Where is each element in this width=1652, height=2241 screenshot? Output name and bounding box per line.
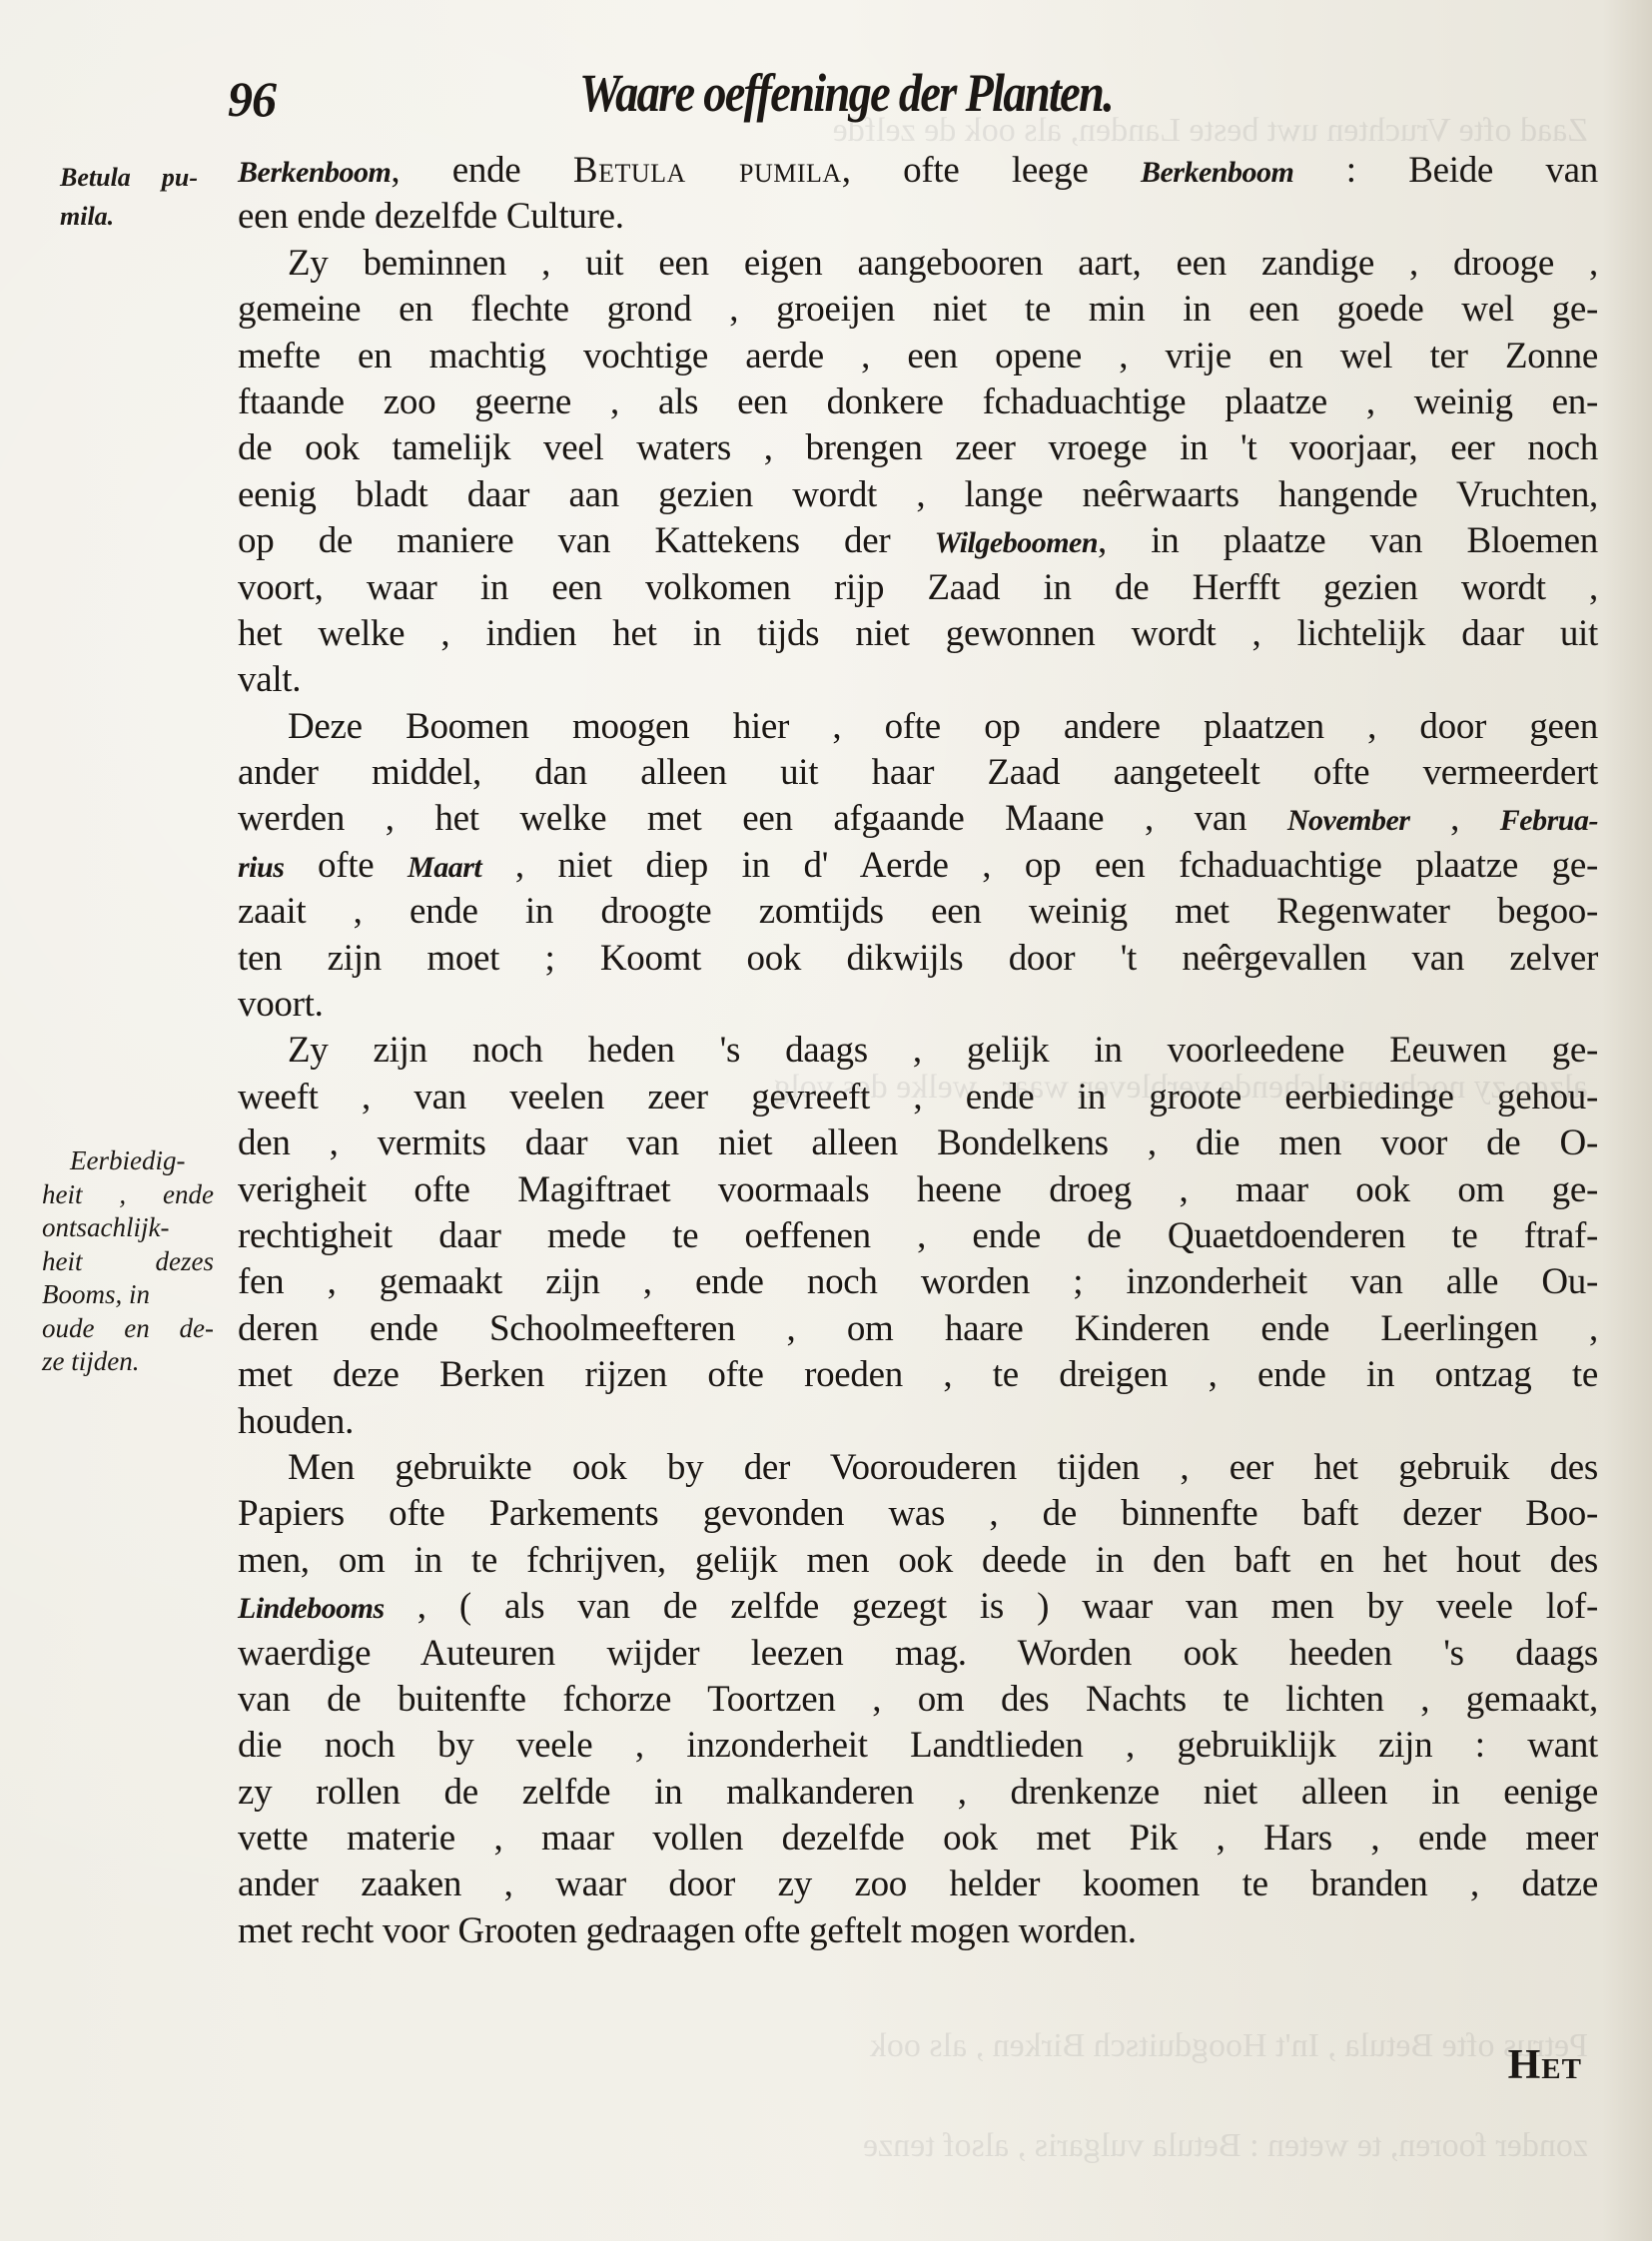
text-line: verigheit ofte Magiftraet voormaals heen… (238, 1167, 1598, 1213)
emphasis: rius (238, 851, 284, 884)
text-span: , ofte leege (842, 150, 1141, 191)
text-line: werden , het welke met een afgaande Maan… (238, 796, 1598, 842)
margin-note-betula-pumila: Betula pu- mila. (60, 158, 198, 236)
margin-note-line: mila. (60, 197, 198, 236)
text-line: waerdige Auteuren wijder leezen mag. Wor… (238, 1631, 1598, 1677)
species-name: Betula pumila (573, 150, 842, 191)
margin-note-line: ze tijden. (42, 1345, 214, 1379)
text-span: werden , het welke met een afgaande Maan… (238, 798, 1287, 839)
text-line: gemeine en flechte grond , groeijen niet… (238, 287, 1598, 333)
text-line: die noch by veele , inzonderheit Landtli… (238, 1723, 1598, 1769)
margin-note-line: Eerbiedig- (42, 1144, 214, 1178)
emphasis: Wilgeboomen (935, 526, 1098, 559)
text-line: ander middel, dan alleen uit haar Zaad a… (238, 750, 1598, 796)
text-line: het welke , indien het in tijds niet gew… (238, 611, 1598, 657)
paragraph-start: Deze Boomen moogen hier , ofte op andere… (238, 704, 1598, 750)
emphasis: Februa- (1500, 804, 1598, 837)
margin-note-line: Booms, in (42, 1278, 214, 1312)
paragraph-start: Zy beminnen , uit een eigen aangebooren … (238, 241, 1598, 287)
text-line: zaait , ende in droogte zomtijds een wei… (238, 889, 1598, 935)
paragraph-start: Zy zijn noch heden 's daags , gelijk in … (238, 1028, 1598, 1074)
text-line: mefte en machtig vochtige aerde , een op… (238, 334, 1598, 379)
text-line: den , vermits daar van niet alleen Bonde… (238, 1120, 1598, 1166)
show-through-text: zonder fooren, te weten : Betula vulgari… (230, 2127, 1588, 2165)
margin-note-line: Betula pu- (60, 158, 198, 197)
text-line: op de maniere van Kattekens der Wilgeboo… (238, 518, 1598, 564)
running-title: Waare oeffeninge der Planten. (579, 62, 1113, 124)
emphasis: Berkenboom (238, 156, 391, 189)
margin-note-line: ontsachlijk- (42, 1211, 214, 1245)
text-line: men, om in te fchrijven, gelijk men ook … (238, 1538, 1598, 1584)
emphasis: Lindebooms (238, 1592, 385, 1625)
text-line: voort. (238, 982, 1598, 1028)
catchword: Het (1508, 2041, 1582, 2089)
text-span: , ende (391, 150, 573, 191)
text-line: met deze Berken rijzen ofte roeden , te … (238, 1352, 1598, 1398)
text-line: voort, waar in een volkomen rijp Zaad in… (238, 565, 1598, 611)
text-line: Berkenboom, ende Betula pumila, ofte lee… (238, 148, 1598, 194)
text-line: met recht voor Grooten gedraagen ofte ge… (238, 1908, 1598, 1954)
text-line: fen , gemaakt zijn , ende noch worden ; … (238, 1259, 1598, 1305)
text-span: , in plaatze van Bloemen (1098, 520, 1598, 561)
text-span: , niet diep in d' Aerde , op een fchadua… (481, 845, 1598, 886)
text-span: ofte (284, 845, 408, 886)
text-span: : Beide van (1293, 150, 1598, 191)
margin-note-line: oude en de- (42, 1312, 214, 1346)
text-line: van de buitenfte fchorze Toortzen , om d… (238, 1677, 1598, 1723)
text-line: Lindebooms , ( als van de zelfde gezegt … (238, 1584, 1598, 1630)
text-line: Papiers ofte Parkements gevonden was , d… (238, 1491, 1598, 1537)
page-number: 96 (228, 70, 276, 128)
text-line: deren ende Schoolmeefteren , om haare Ki… (238, 1306, 1598, 1352)
text-span: op de maniere van Kattekens der (238, 520, 935, 561)
text-line: houden. (238, 1399, 1598, 1445)
text-line: ander zaaken , waar door zy zoo helder k… (238, 1862, 1598, 1907)
book-page: Zaad ofte Vruchten uwt beste Landen, als… (0, 0, 1652, 2241)
text-line: zy rollen de zelfde in malkanderen , dre… (238, 1770, 1598, 1816)
emphasis: Berkenboom (1141, 156, 1293, 189)
text-span: , (1409, 798, 1499, 839)
paragraph-start: Men gebruikte ook by der Voorouderen tij… (238, 1445, 1598, 1491)
text-line: ftaande zoo geerne , als een donkere fch… (238, 379, 1598, 425)
text-line: eenig bladt daar aan gezien wordt , lang… (238, 472, 1598, 518)
text-line: een ende dezelfde Culture. (238, 194, 1598, 240)
emphasis: Maart (408, 851, 481, 884)
running-head: 96 Waare oeffeninge der Planten. (228, 62, 1426, 142)
margin-note-line: heit dezes (42, 1245, 214, 1279)
text-line: ten zijn moet ; Koomt ook dikwijls door … (238, 936, 1598, 982)
margin-note-eerbiedigheit: Eerbiedig- heit , ende ontsachlijk- heit… (42, 1144, 214, 1379)
main-text: Berkenboom, ende Betula pumila, ofte lee… (238, 148, 1598, 1954)
text-span: , ( als van de zelfde gezegt is ) waar v… (385, 1586, 1598, 1627)
text-line: de ook tamelijk veel waters , brengen ze… (238, 425, 1598, 471)
text-line: weeft , van veelen zeer gevreeft , ende … (238, 1075, 1598, 1120)
text-line: rechtigheit daar mede te oeffenen , ende… (238, 1213, 1598, 1259)
margin-note-line: heit , ende (42, 1178, 214, 1212)
show-through-text: Petrus ofte Betula , In't Hoogduitsch Bi… (230, 2027, 1588, 2065)
text-line: vette materie , maar vollen dezelfde ook… (238, 1816, 1598, 1862)
text-line: rius ofte Maart , niet diep in d' Aerde … (238, 843, 1598, 889)
emphasis: November (1287, 804, 1410, 837)
text-line: valt. (238, 657, 1598, 703)
